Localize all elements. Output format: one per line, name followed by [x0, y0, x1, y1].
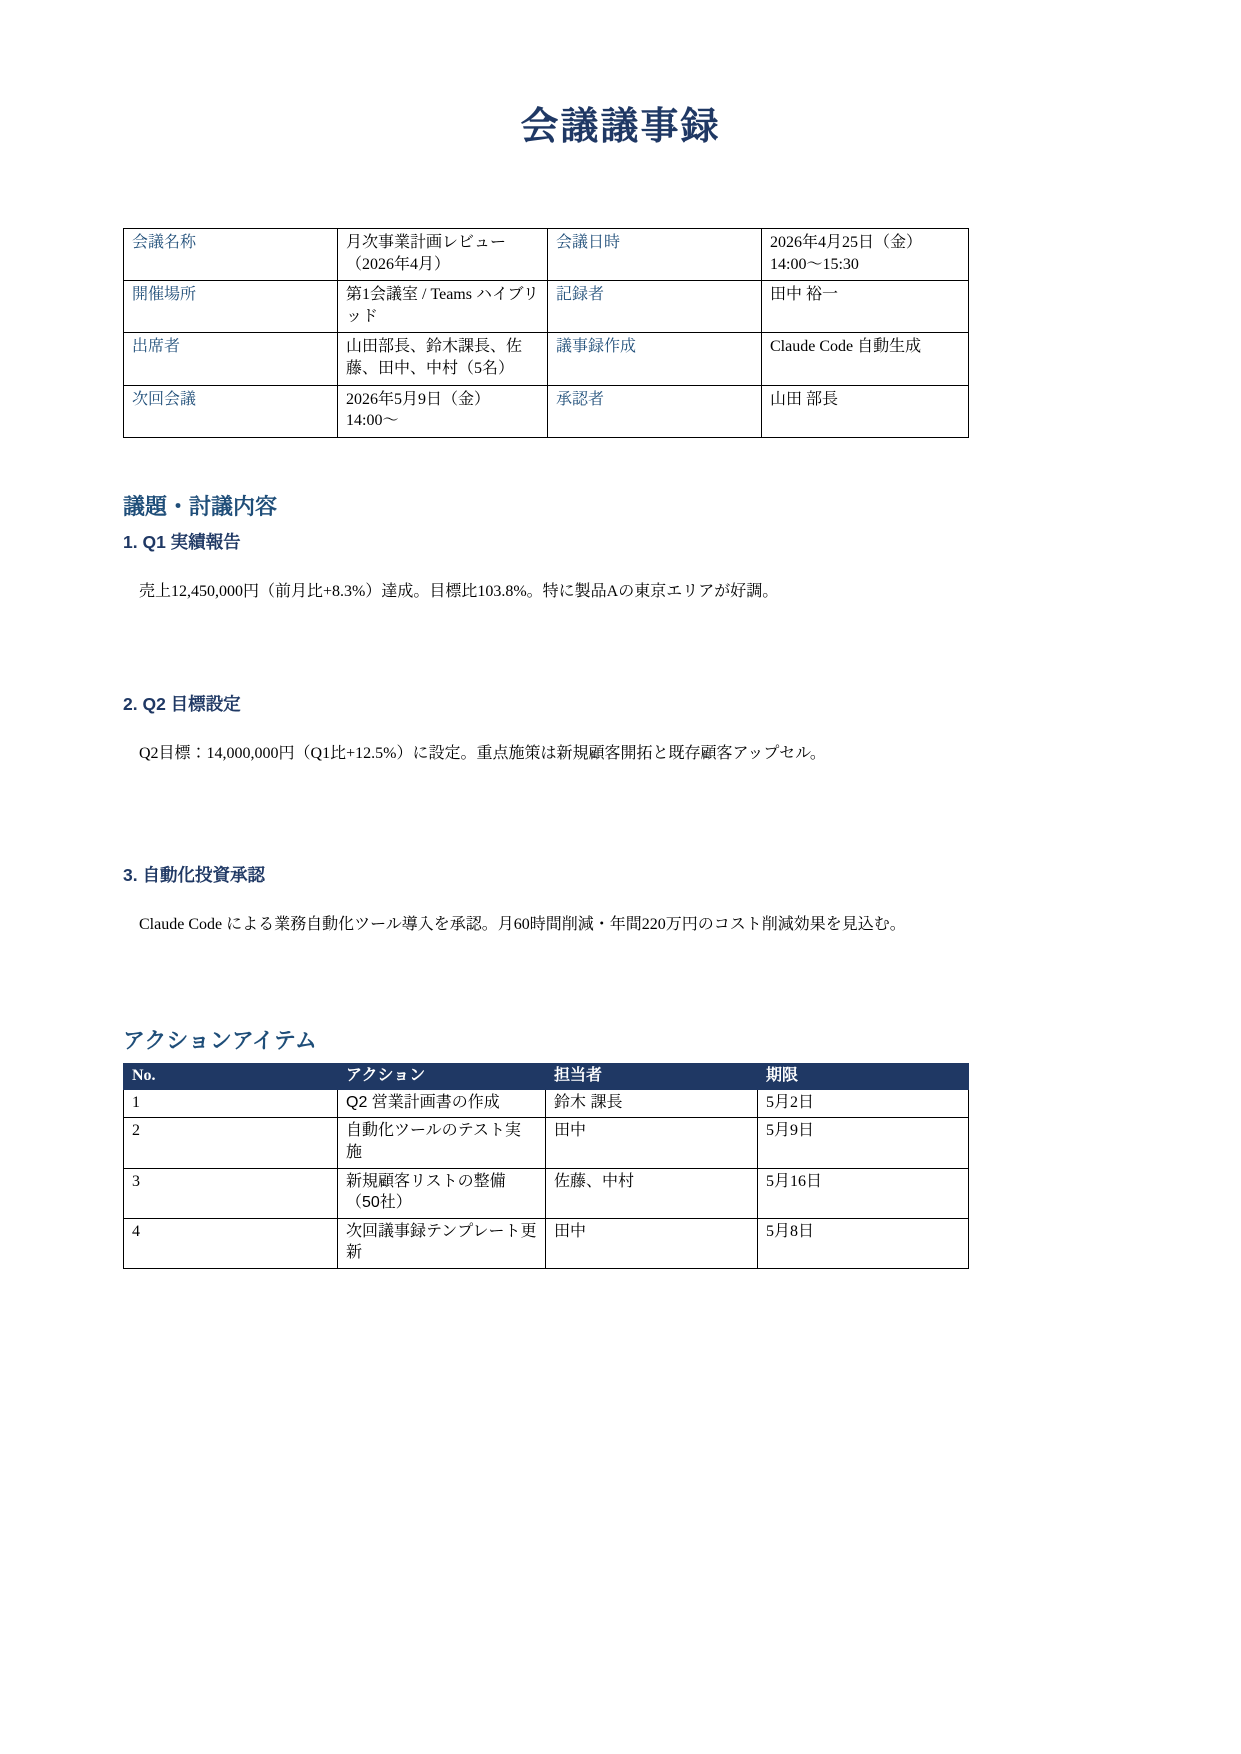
table-row: 4 次回議事録テンプレート更新 田中 5月8日	[124, 1218, 969, 1268]
agenda-item-1-title: 1. Q1 実績報告	[123, 529, 1118, 554]
action-items-table: No. アクション 担当者 期限 1 Q2 営業計画書の作成 鈴木 課長 5月2…	[123, 1063, 969, 1269]
info-value-location: 第1会議室 / Teams ハイブリッド	[338, 281, 548, 333]
info-value-meeting-name: 月次事業計画レビュー（2026年4月）	[338, 229, 548, 281]
info-label-approver: 承認者	[548, 385, 762, 437]
agenda-item-2-body: Q2目標：14,000,000円（Q1比+12.5%）に設定。重点施策は新規顧客…	[123, 742, 1117, 767]
table-row: 3 新規顧客リストの整備（50社） 佐藤、中村 5月16日	[124, 1168, 969, 1218]
action-row-no: 3	[124, 1168, 338, 1218]
info-value-recorder: 田中 裕一	[762, 281, 969, 333]
table-row: 会議名称 月次事業計画レビュー（2026年4月） 会議日時 2026年4月25日…	[124, 229, 969, 281]
action-row-owner: 田中	[546, 1118, 758, 1168]
info-label-minutes-creation: 議事録作成	[548, 333, 762, 385]
info-value-minutes-creation: Claude Code 自動生成	[762, 333, 969, 385]
action-row-action: 新規顧客リストの整備（50社）	[338, 1168, 546, 1218]
agenda-item-1-body: 売上12,450,000円（前月比+8.3%）達成。目標比103.8%。特に製品…	[123, 580, 1117, 605]
agenda-item-2-title: 2. Q2 目標設定	[123, 691, 1118, 716]
action-row-no: 1	[124, 1089, 338, 1118]
info-value-next-meeting: 2026年5月9日（金）14:00〜	[338, 385, 548, 437]
document-page: 会議議事録 会議名称 月次事業計画レビュー（2026年4月） 会議日時 2026…	[0, 0, 1241, 1754]
action-table-header-row: No. アクション 担当者 期限	[124, 1064, 969, 1090]
info-value-attendees: 山田部長、鈴木課長、佐藤、田中、中村（5名）	[338, 333, 548, 385]
action-header-owner: 担当者	[546, 1064, 758, 1090]
page-title: 会議議事録	[123, 95, 1118, 150]
table-row: 出席者 山田部長、鈴木課長、佐藤、田中、中村（5名） 議事録作成 Claude …	[124, 333, 969, 385]
table-row: 2 自動化ツールのテスト実施 田中 5月9日	[124, 1118, 969, 1168]
info-label-meeting-name: 会議名称	[124, 229, 338, 281]
action-items-heading: アクションアイテム	[123, 1024, 1118, 1055]
table-row: 次回会議 2026年5月9日（金）14:00〜 承認者 山田 部長	[124, 385, 969, 437]
action-row-owner: 鈴木 課長	[546, 1089, 758, 1118]
agenda-item-3-body: Claude Code による業務自動化ツール導入を承認。月60時間削減・年間2…	[123, 913, 1117, 938]
action-row-no: 4	[124, 1218, 338, 1268]
action-row-due: 5月2日	[758, 1089, 969, 1118]
info-label-recorder: 記録者	[548, 281, 762, 333]
meeting-info-table: 会議名称 月次事業計画レビュー（2026年4月） 会議日時 2026年4月25日…	[123, 228, 969, 438]
action-row-due: 5月16日	[758, 1168, 969, 1218]
action-header-no: No.	[124, 1064, 338, 1090]
action-header-action: アクション	[338, 1064, 546, 1090]
table-row: 開催場所 第1会議室 / Teams ハイブリッド 記録者 田中 裕一	[124, 281, 969, 333]
table-row: 1 Q2 営業計画書の作成 鈴木 課長 5月2日	[124, 1089, 969, 1118]
action-row-due: 5月8日	[758, 1218, 969, 1268]
action-row-due: 5月9日	[758, 1118, 969, 1168]
action-row-owner: 佐藤、中村	[546, 1168, 758, 1218]
action-row-no: 2	[124, 1118, 338, 1168]
agenda-item-3-title: 3. 自動化投資承認	[123, 862, 1118, 887]
info-label-attendees: 出席者	[124, 333, 338, 385]
agenda-heading: 議題・討議内容	[123, 490, 1118, 521]
info-value-meeting-datetime: 2026年4月25日（金）14:00〜15:30	[762, 229, 969, 281]
action-row-action: 自動化ツールのテスト実施	[338, 1118, 546, 1168]
info-label-next-meeting: 次回会議	[124, 385, 338, 437]
info-label-location: 開催場所	[124, 281, 338, 333]
action-row-owner: 田中	[546, 1218, 758, 1268]
info-label-meeting-datetime: 会議日時	[548, 229, 762, 281]
info-value-approver: 山田 部長	[762, 385, 969, 437]
action-row-action: 次回議事録テンプレート更新	[338, 1218, 546, 1268]
action-row-action: Q2 営業計画書の作成	[338, 1089, 546, 1118]
action-header-due: 期限	[758, 1064, 969, 1090]
